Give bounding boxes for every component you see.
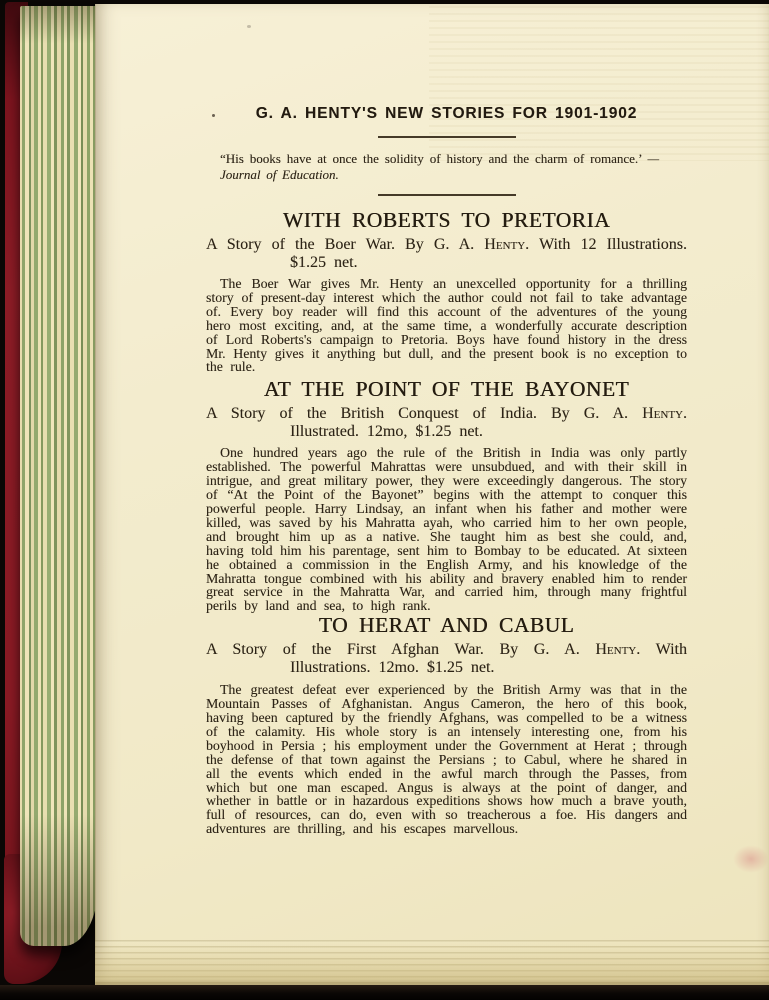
book-description: One hundred years ago the rule of the Br… <box>206 446 687 613</box>
background-bottom <box>0 985 769 1000</box>
bottom-page-edges <box>95 940 769 986</box>
page-content: G. A. HENTY'S NEW STORIES FOR 1901-1902 … <box>206 4 687 836</box>
ink-speckle <box>212 114 215 117</box>
book-title: TO HERAT AND CABUL <box>206 614 687 637</box>
book-author: Henty. <box>484 236 529 253</box>
book-subtitle-tail: Illustrated. 12mo, $1.25 net. <box>290 423 483 440</box>
book-description: The greatest defeat ever experienced by … <box>206 683 687 836</box>
book-description: The Boer War gives Mr. Henty an unexcell… <box>206 277 687 374</box>
divider-rule-bottom <box>378 194 516 196</box>
book-subtitle: A Story of the British Conquest of India… <box>206 405 687 440</box>
book-title: WITH ROBERTS TO PRETORIA <box>206 209 687 232</box>
divider-rule-top <box>378 136 516 138</box>
book-entry-with-roberts-to-pretoria: WITH ROBERTS TO PRETORIA A Story of the … <box>206 209 687 374</box>
book-subtitle-lead: A Story of the First Afghan War. By G. A… <box>206 641 595 658</box>
book-author: Henty. <box>595 641 640 658</box>
scanned-book-page-photo: G. A. HENTY'S NEW STORIES FOR 1901-1902 … <box>0 0 769 1000</box>
book-entry-to-herat-and-cabul: TO HERAT AND CABUL A Story of the First … <box>206 614 687 836</box>
paper-speckle <box>247 25 251 28</box>
review-quote-text: “His books have at once the solidity of … <box>220 151 647 166</box>
book-subtitle: A Story of the First Afghan War. By G. A… <box>206 641 687 676</box>
book-title: AT THE POINT OF THE BAYONET <box>206 378 687 401</box>
book-author: Henty. <box>642 405 687 422</box>
book-subtitle-lead: A Story of the Boer War. By G. A. <box>206 236 484 253</box>
book-subtitle: A Story of the Boer War. By G. A. Henty.… <box>206 236 687 271</box>
book-page: G. A. HENTY'S NEW STORIES FOR 1901-1902 … <box>95 4 769 985</box>
page-stack-edges <box>20 6 98 946</box>
book-subtitle-lead: A Story of the British Conquest of India… <box>206 405 642 422</box>
page-header: G. A. HENTY'S NEW STORIES FOR 1901-1902 <box>206 105 687 123</box>
book-entry-at-the-point-of-the-bayonet: AT THE POINT OF THE BAYONET A Story of t… <box>206 378 687 613</box>
pink-smudge <box>733 845 769 873</box>
review-quote: “His books have at once the solidity of … <box>220 151 659 182</box>
